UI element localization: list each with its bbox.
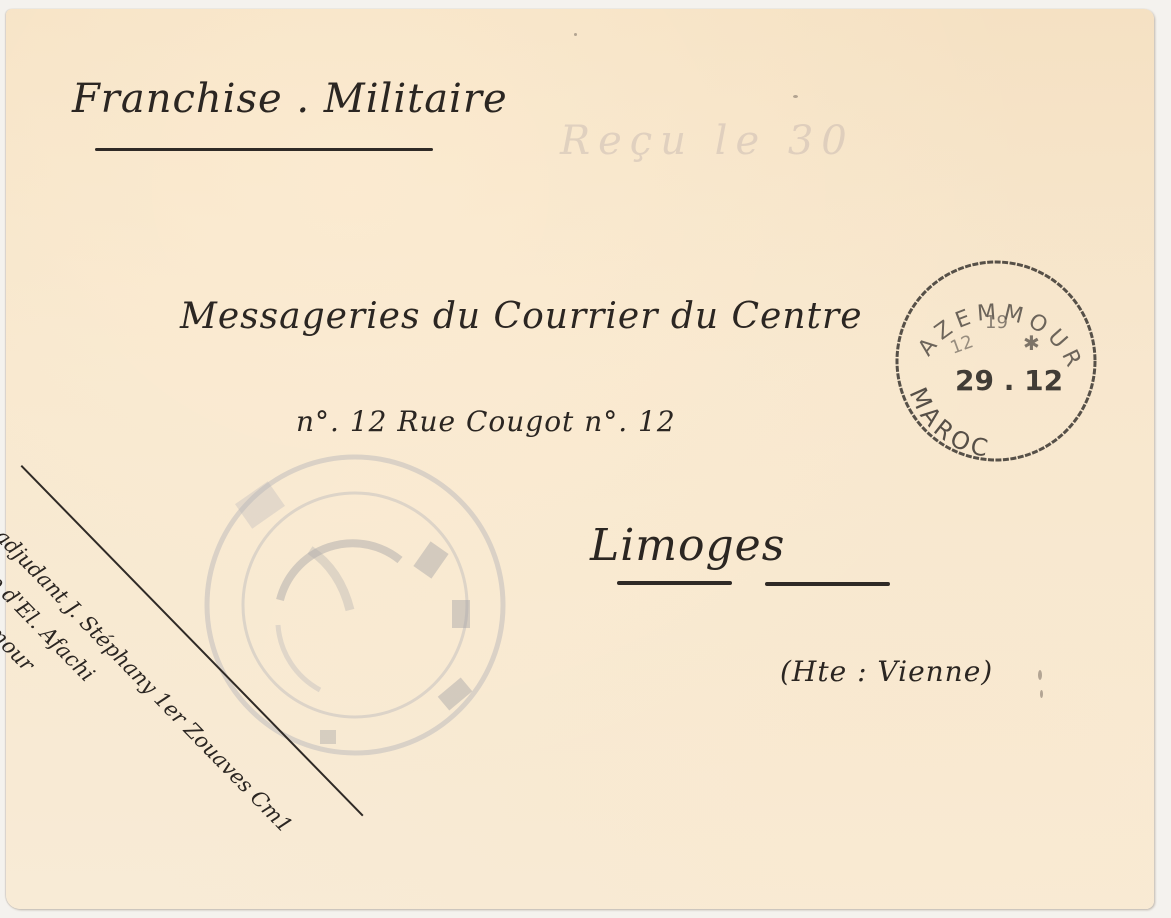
paper-speck: [1038, 670, 1042, 680]
recipient-street: n°. 12 Rue Cougot n°. 12: [296, 405, 676, 438]
paper-speck: [793, 95, 798, 98]
paper-speck: [1040, 690, 1043, 698]
postmark-date: 29 . 12: [955, 364, 1063, 397]
city-underline-right: [765, 582, 890, 586]
franchise-militaire-heading: Franchise . Militaire: [72, 76, 508, 122]
paper-speck: [574, 33, 577, 36]
franchise-underline: [95, 148, 433, 151]
recipient-name: Messageries du Courrier du Centre: [180, 296, 863, 337]
faint-pencil-note: Reçu le 30: [560, 118, 855, 164]
recipient-department: (Hte : Vienne): [780, 655, 993, 688]
military-unit-cachet: [200, 450, 510, 760]
cachet-icon: [200, 450, 510, 760]
city-underline-left: [617, 581, 732, 585]
recipient-city: Limoges: [590, 520, 785, 571]
azemmour-postmark: AZEMMOUR MAROC 19 12 ✱ 29 . 12: [893, 258, 1099, 464]
postmark-time: 19: [985, 312, 1008, 333]
postmark-star: ✱: [1023, 331, 1040, 355]
postmark-icon: AZEMMOUR MAROC 19 12 ✱ 29 . 12: [893, 258, 1099, 464]
scan-background: Franchise . Militaire Reçu le 30 Message…: [0, 0, 1171, 918]
